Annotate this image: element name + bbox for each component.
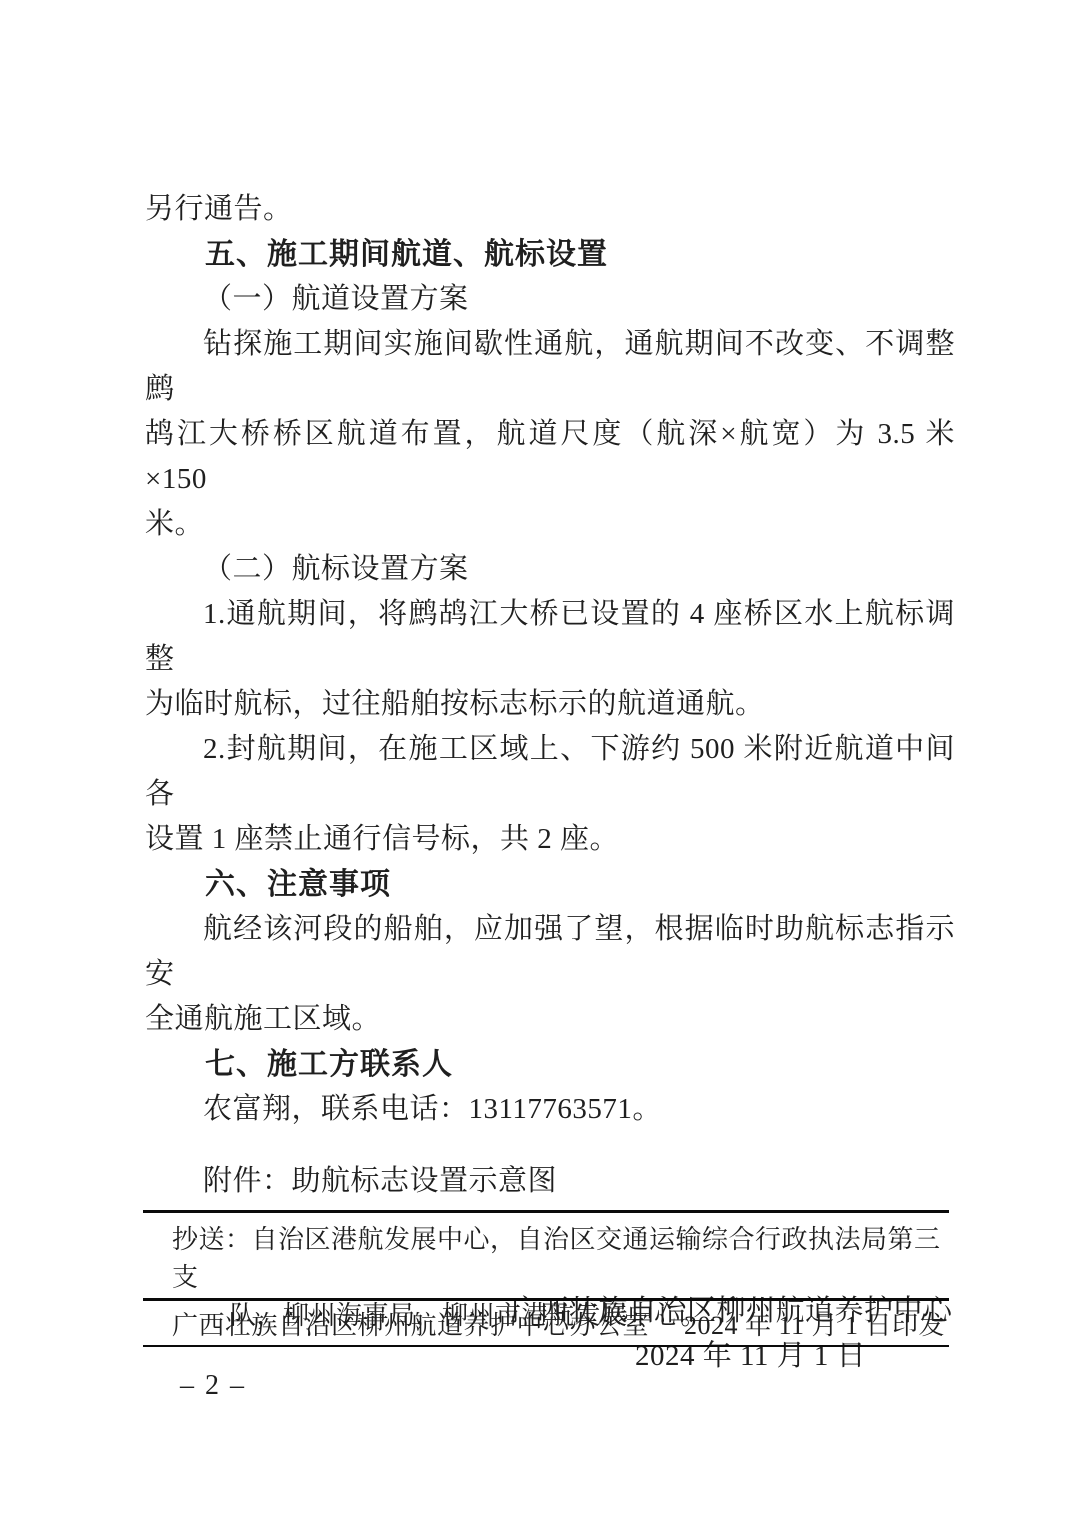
- sub-2-title: （二）航标设置方案: [145, 547, 955, 592]
- cc-text-line: 自治区港航发展中心，自治区交通运输综合行政执法局第三支: [172, 1225, 941, 1292]
- sub-1-paragraph-line: 米。: [145, 502, 955, 547]
- page-number: – 2 –: [180, 1366, 246, 1406]
- section-7-contact-line: 农富翔，联系电话：13117763571。: [145, 1087, 955, 1132]
- footer-top-rule: [143, 1210, 949, 1213]
- sub-2-item-2-line: 设置 1 座禁止通行信号标，共 2 座。: [145, 817, 955, 862]
- issuer-row: 广西壮族自治区柳州航道养护中心办公室 2024 年 11 月 1 日印发: [172, 1307, 945, 1345]
- section-6-paragraph-line: 全通航施工区域。: [145, 997, 955, 1042]
- document-page: 另行通告。 五、施工期间航道、航标设置 （一）航道设置方案 钻探施工期间实施间歇…: [0, 0, 1080, 1527]
- issuer-office: 广西壮族自治区柳州航道养护中心办公室: [172, 1307, 649, 1345]
- footer-bottom-rule: [143, 1345, 949, 1347]
- document-body: 另行通告。 五、施工期间航道、航标设置 （一）航道设置方案 钻探施工期间实施间歇…: [145, 187, 955, 1379]
- continuation-line: 另行通告。: [145, 187, 955, 232]
- footer-middle-rule: [143, 1298, 949, 1301]
- section-6-paragraph-line: 航经该河段的船舶，应加强了望，根据临时助航标志指示安: [145, 907, 955, 997]
- cc-label: 抄送：: [172, 1225, 252, 1254]
- attachment-line: 附件：助航标志设置示意图: [145, 1159, 955, 1204]
- section-5-heading: 五、施工期间航道、航标设置: [145, 232, 955, 277]
- section-6-heading: 六、注意事项: [145, 862, 955, 907]
- sub-2-item-2-line: 2.封航期间，在施工区域上、下游约 500 米附近航道中间各: [145, 727, 955, 817]
- cc-line-1: 抄送：自治区港航发展中心，自治区交通运输综合行政执法局第三支: [172, 1221, 962, 1297]
- sub-1-paragraph-line: 钻探施工期间实施间歇性通航，通航期间不改变、不调整鹧: [145, 322, 955, 412]
- sub-1-title: （一）航道设置方案: [145, 277, 955, 322]
- section-7-heading: 七、施工方联系人: [145, 1042, 955, 1087]
- sub-1-paragraph-line: 鸪江大桥桥区航道布置，航道尺度（航深×航宽）为 3.5 米×150: [145, 412, 955, 502]
- sub-2-item-1-line: 为临时航标，过往船舶按标志标示的航道通航。: [145, 682, 955, 727]
- print-date: 2024 年 11 月 1 日印发: [684, 1307, 945, 1345]
- sub-2-item-1-line: 1.通航期间，将鹧鸪江大桥已设置的 4 座桥区水上航标调整: [145, 592, 955, 682]
